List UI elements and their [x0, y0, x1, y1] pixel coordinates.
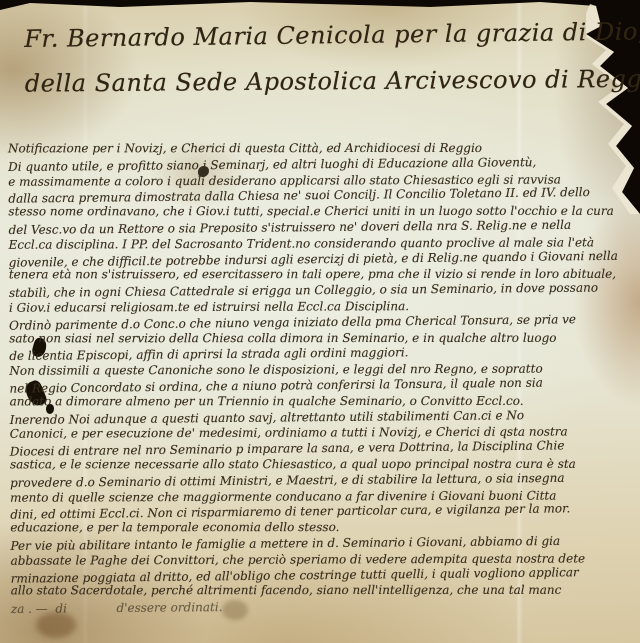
manuscript-title-line-2: della Santa Sede Apostolica Arcivescovo …	[25, 56, 637, 107]
manuscript-title: Fr. Bernardo Maria Cenicola per la grazi…	[24, 9, 637, 108]
manuscript-title-line-1: Fr. Bernardo Maria Cenicola per la grazi…	[24, 9, 637, 62]
photo-background: Fr. Bernardo Maria Cenicola per la grazi…	[0, 0, 640, 643]
manuscript-body: Notificazione per i Novizj, e Cherici di…	[8, 139, 640, 617]
